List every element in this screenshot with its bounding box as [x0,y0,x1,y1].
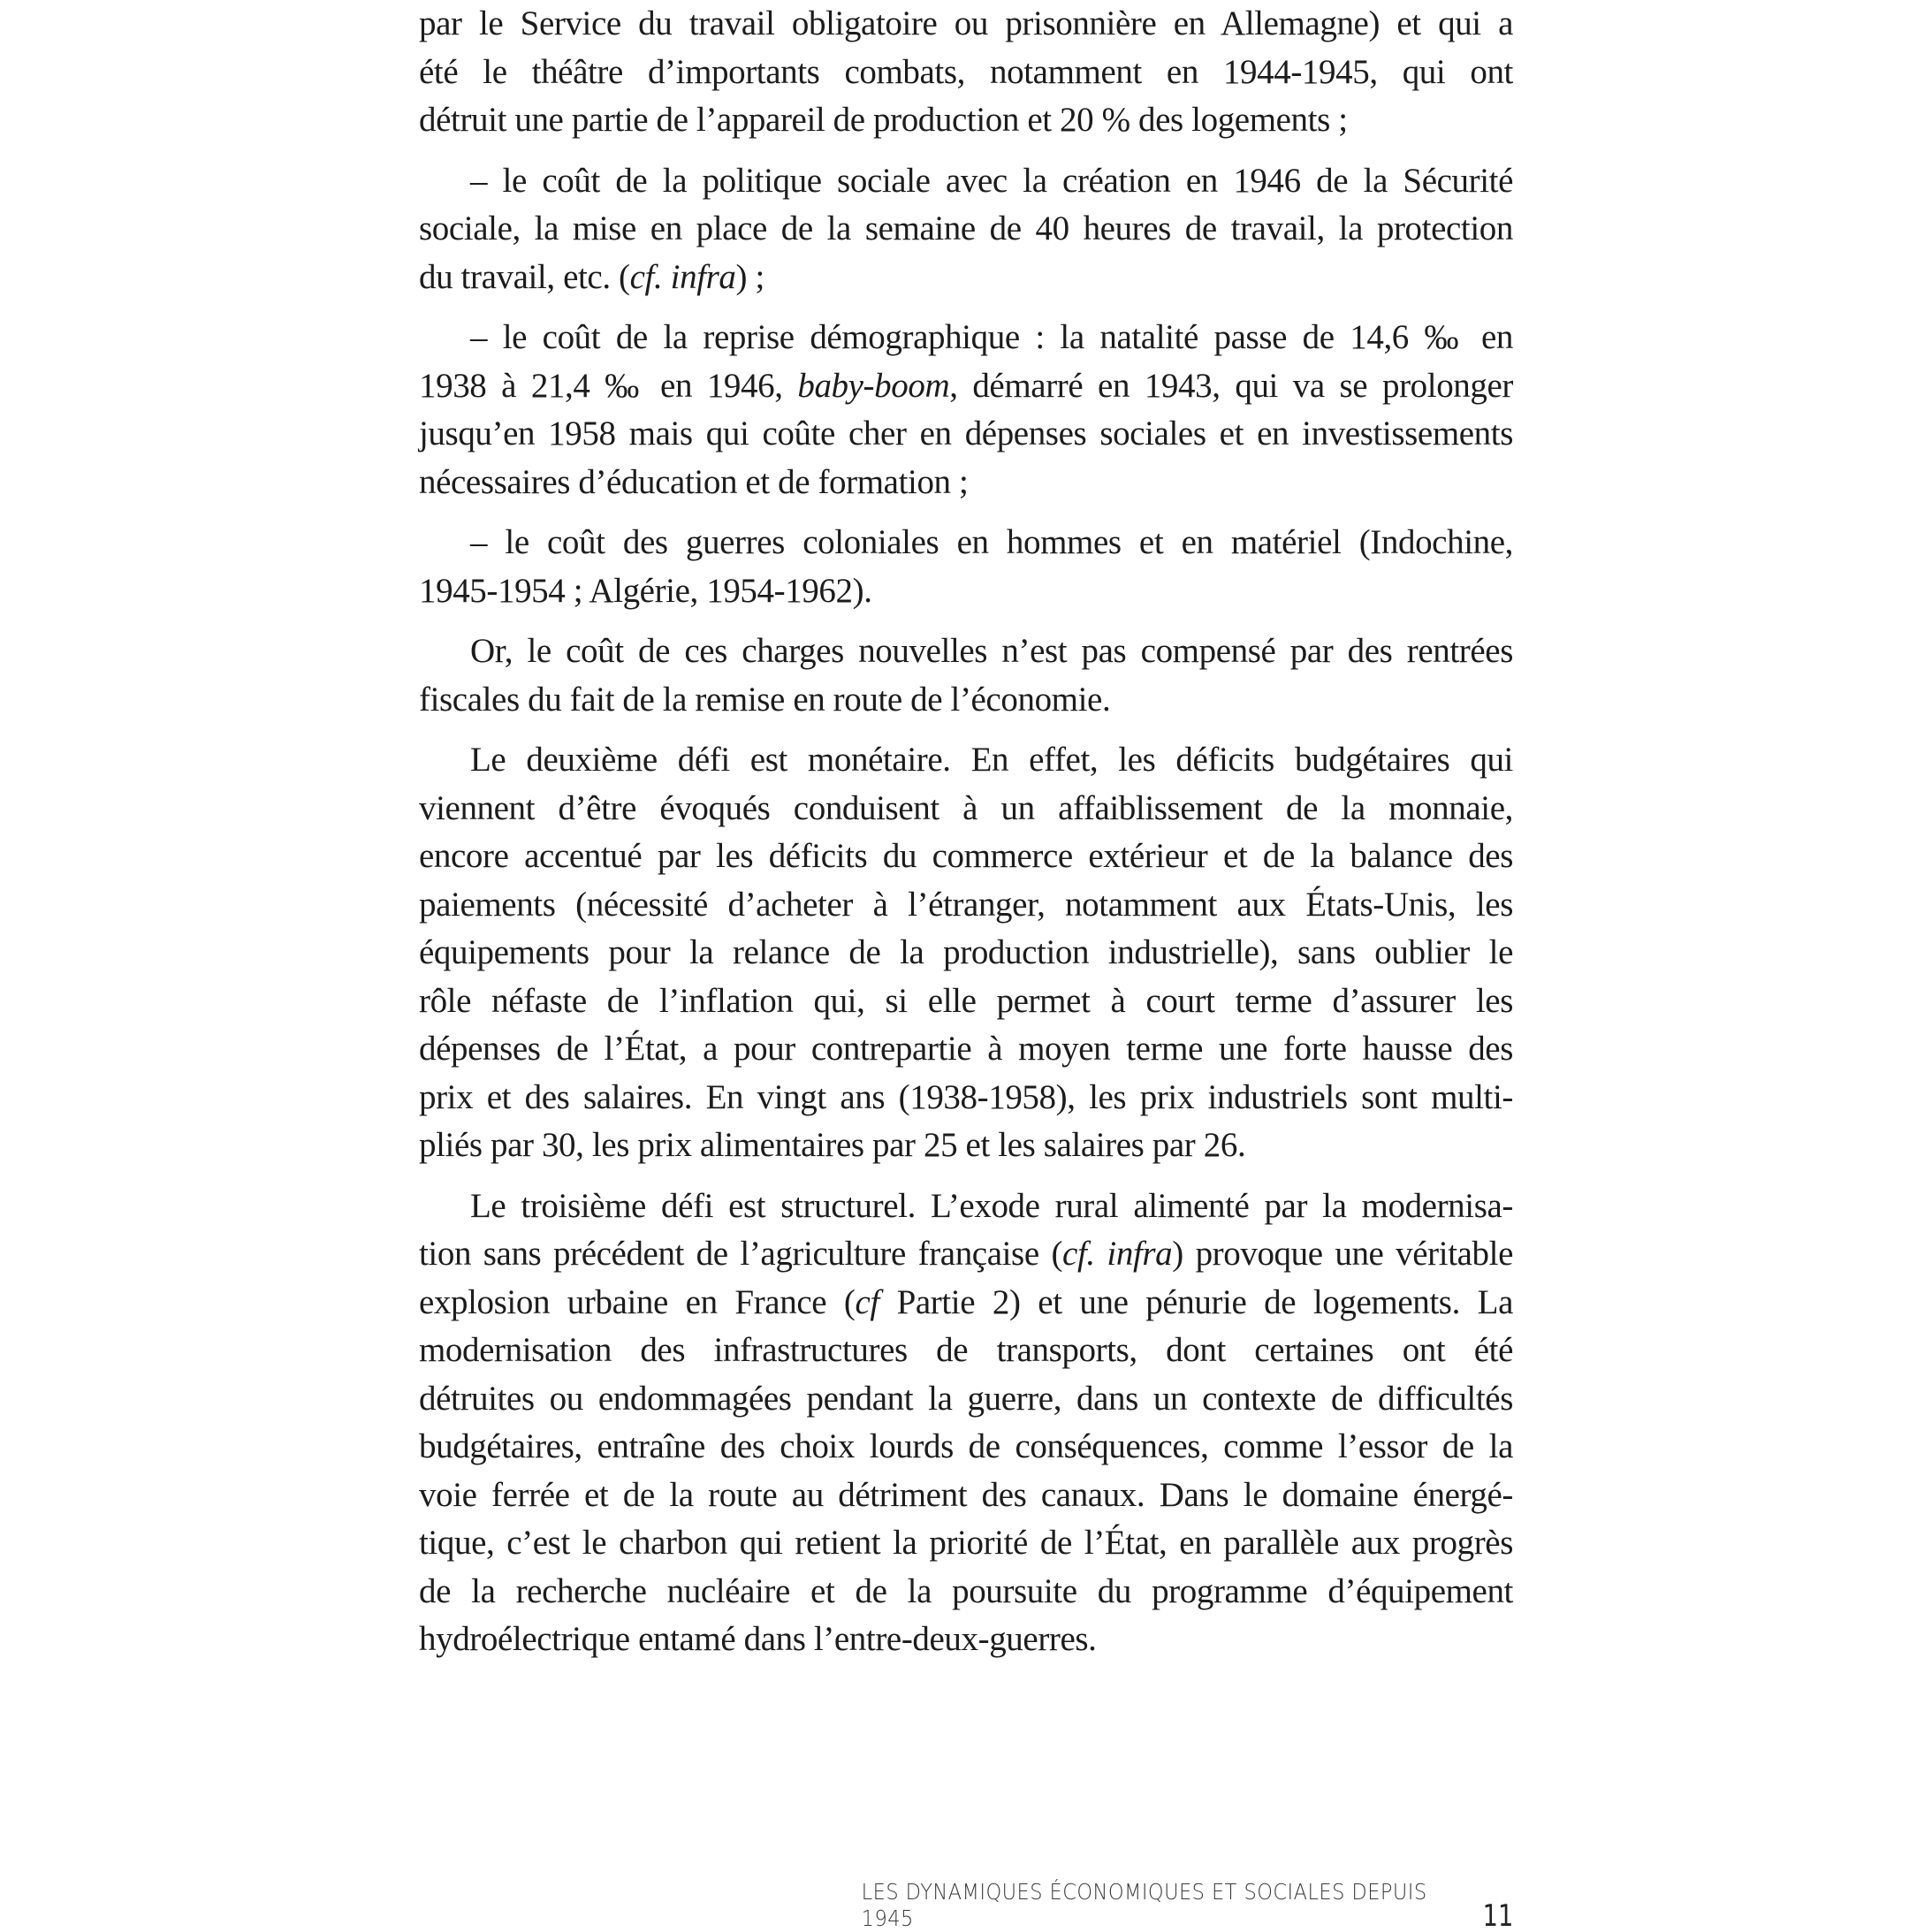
page-number: 11 [1482,1900,1513,1932]
text-line: 1938 à 21,4 ‰ en 1946, baby-boom, démarr… [419,362,1513,411]
paragraph-continuation: par le Service du travail obligatoire ou… [419,0,1513,145]
text-line: équipements pour la relance de la produc… [419,929,1513,977]
text-line: Le deuxième défi est monétaire. En effet… [419,736,1513,785]
text-line: encore accentué par les déficits du comm… [419,833,1513,881]
text-line: hydroélectrique entamé dans l’entre-deux… [419,1616,1513,1664]
text-line: voie ferrée et de la route au détriment … [419,1472,1513,1520]
text-line: explosion urbaine en France (cf Partie 2… [419,1279,1513,1327]
text-line: – le coût des guerres coloniales en homm… [419,519,1513,567]
italic-term: cf. infra [630,258,736,296]
text-line: détruites ou endommagées pendant la guer… [419,1375,1513,1424]
text-line: 1945-1954 ; Algérie, 1954-1962). [419,567,1513,616]
text-line: budgétaires, entraîne des choix lourds d… [419,1423,1513,1472]
page-footer: LES DYNAMIQUES ÉCONOMIQUES ET SOCIALES D… [795,1891,1513,1932]
italic-term: baby-boom [797,367,949,405]
text-line: paiements (nécessité d’acheter à l’étran… [419,881,1513,930]
paragraph-structural-challenge: Le troisième défi est structurel. L’exod… [419,1183,1513,1664]
paragraph-monetary-challenge: Le deuxième défi est monétaire. En effet… [419,736,1513,1170]
text-line: tique, c’est le charbon qui retient la p… [419,1519,1513,1568]
text-line: été le théâtre d’importants combats, not… [419,49,1513,97]
text-line: viennent d’être évoqués conduisent à un … [419,785,1513,833]
text-line: par le Service du travail obligatoire ou… [419,0,1513,49]
text-line: tion sans précédent de l’agriculture fra… [419,1230,1513,1279]
text-line: dépenses de l’État, a pour contrepartie … [419,1025,1513,1074]
text-line: rôle néfaste de l’inflation qui, si elle… [419,977,1513,1026]
text-line: détruit une partie de l’appareil de prod… [419,96,1513,145]
text-line: nécessaires d’éducation et de formation … [419,459,1513,507]
list-item-colonial-wars: – le coût des guerres coloniales en homm… [419,519,1513,615]
text-line: – le coût de la politique sociale avec l… [419,157,1513,206]
list-item-demography: – le coût de la reprise démographique : … [419,314,1513,506]
text-line: pliés par 30, les prix alimentaires par … [419,1122,1513,1170]
text-line: jusqu’en 1958 mais qui coûte cher en dép… [419,410,1513,459]
running-title: LES DYNAMIQUES ÉCONOMIQUES ET SOCIALES D… [862,1879,1456,1932]
italic-term: cf. infra [1062,1235,1172,1273]
text-line: du travail, etc. (cf. infra) ; [419,254,1513,302]
list-item-social-policy: – le coût de la politique sociale avec l… [419,157,1513,302]
text-line: prix et des salaires. En vingt ans (1938… [419,1074,1513,1122]
text-line: – le coût de la reprise démographique : … [419,314,1513,362]
paragraph-fiscal: Or, le coût de ces charges nouvelles n’e… [419,628,1513,724]
text-line: de la recherche nucléaire et de la pours… [419,1568,1513,1616]
page-body: par le Service du travail obligatoire ou… [419,0,1513,1677]
text-line: modernisation des infrastructures de tra… [419,1327,1513,1375]
text-line: Or, le coût de ces charges nouvelles n’e… [419,628,1513,676]
text-line: Le troisième défi est structurel. L’exod… [419,1183,1513,1231]
italic-term: cf [855,1283,879,1321]
text-line: sociale, la mise en place de la semaine … [419,205,1513,254]
text-line: fiscales du fait de la remise en route d… [419,676,1513,725]
